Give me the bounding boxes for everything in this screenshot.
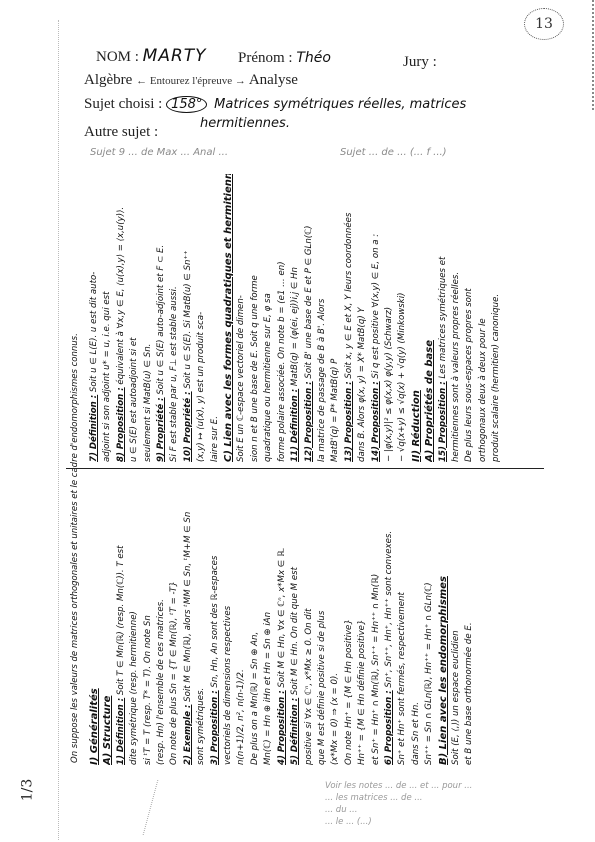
footer-note-line: ... les matrices ... de ... (325, 792, 595, 804)
text-line: 10) Propriété : Soit u ∈ S(E). Si MatB(u… (182, 174, 195, 462)
item-text: Sn⁺ et Hn⁺ sont fermés, respectivement (397, 592, 407, 765)
item-text: Soit B' une base de E et P ∈ GLn(ℂ) (304, 226, 314, 379)
footer-note-line: ... du ... (325, 804, 595, 816)
text-line: MatB'(q) = P* MatB(q) P (329, 174, 342, 462)
item-text: Soit x, y ∈ E et X, Y leurs coordonnées (344, 213, 354, 379)
item-text: A) Propriétés de base (424, 340, 435, 462)
text-line: la matrice de passage de B à B'. Alors (316, 174, 329, 462)
item-text: si ᵗT = T (resp. T* = T). On note Sn (143, 615, 153, 765)
item-label: 3) Proposition : (210, 690, 220, 765)
text-line: 12) Proposition : Soit B' une base de E … (303, 174, 316, 462)
text-line: (x,y) ↦ ⟨u(x), y⟩ est un produit sca- (195, 174, 208, 462)
text-line: produit scalaire (hermitien) canonique. (490, 174, 503, 462)
item-text: MatB'(q) = P* MatB(q) P (330, 359, 340, 462)
faint-subject-right: Sujet ... de ... (... f ...) (340, 147, 447, 158)
nom-field: NOM : MARTY (96, 46, 207, 66)
epreuve-instruction: ← Entourez l'épreuve → (136, 75, 246, 87)
text-line: 7) Définition : Soit u ∈ L(E). u est dit… (88, 174, 101, 462)
autre-sujet-label: Autre sujet : (84, 124, 158, 140)
footer-note-line: Voir les notes ... de ... et ... pour ..… (325, 780, 595, 792)
prenom-label: Prénom : (238, 50, 293, 66)
item-text: (resp. Hn) l'ensemble de ces matrices. (156, 599, 166, 765)
text-line: On note de plus Sn = {T ∈ Mn(ℝ), ᵗT = -T… (168, 477, 181, 765)
text-line: sont symétriques. (195, 477, 208, 765)
item-text: Sn⁺, Sn⁺⁺, Hn⁺, Hn⁺⁺ sont convexes. (384, 531, 394, 688)
item-text: Soit M ∈ Hn. On dit que M est (290, 567, 300, 695)
text-line: sion n et B une base de E. Soit q une fo… (249, 174, 262, 462)
item-text: MatB(q) = (φ(ei, ej))i,j ∈ Hn (290, 267, 300, 386)
item-text: Hn⁺⁺ = {M ∈ Hn définie positive} (357, 620, 367, 765)
text-line: hermitiennes sont à valeurs propres réel… (450, 174, 463, 462)
item-label: 1) Définition : (116, 698, 126, 765)
item-label: 15) Proposition : (438, 381, 448, 462)
text-line: vectoriels de dimensions respectives (222, 477, 235, 765)
text-line: 9) Propriété : Soit u ∈ S(E) auto-adjoin… (155, 174, 168, 462)
item-text: Soit M ∈ Hn, ∀x ∈ ℂⁿ, x*Mx ∈ ℝ. (277, 547, 287, 687)
item-text: u ∈ S(E) est autoadjoint si et (129, 338, 139, 462)
text-line: laire sur E. (209, 174, 222, 462)
item-text: Si F est stable par u, F⊥ est stable aus… (169, 286, 179, 462)
text-line: adjoint si son adjoint u* = u, i.e. qui … (101, 174, 114, 462)
text-line: forme polaire associée. On note b = (e1 … (276, 174, 289, 462)
jury-field: Jury : (403, 54, 437, 71)
item-text: équivalent à ∀x,y ∈ E, ⟨u(x),y⟩ = ⟨x,u(y… (116, 207, 126, 385)
text-line: 3) Proposition : Sn, Hn, An sont des ℝ-e… (209, 477, 222, 765)
item-text: Mn(ℂ) = Hn ⊕ iHn et Hn = Sn ⊕ iAn (263, 612, 273, 765)
item-label: 9) Propriété : (156, 397, 166, 462)
text-line: que M est définie positive si de plus (316, 477, 329, 765)
text-line: si ᵗT = T (resp. T* = T). On note Sn (142, 477, 155, 765)
text-line: 4) Proposition : Soit M ∈ Hn, ∀x ∈ ℂⁿ, x… (276, 477, 289, 765)
text-line: Soit E un ℂ-espace vectoriel de dimen- (235, 174, 248, 462)
rotated-answer-sheet: On suppose les valeurs de matrices ortho… (66, 166, 544, 769)
item-text: Soit (E, ⟨,⟩) un espace euclidien (451, 630, 461, 765)
item-label: 14) Proposition : (371, 381, 381, 462)
item-text: Soit u ∈ L(E). u est dit auto- (89, 272, 99, 392)
sujet-label: Sujet choisi : (84, 96, 162, 112)
item-label: 5) Définition : (290, 698, 300, 765)
section-heading: A) Structure (101, 477, 114, 765)
text-line: − |φ(x,y)|² ≤ φ(x,x) φ(y,y) (Schwarz) (383, 174, 396, 462)
folio-number: 1/3 (19, 779, 35, 802)
item-text: forme polaire associée. On note b = (e1 … (277, 261, 287, 462)
scan-margin-dots (58, 20, 61, 840)
margin-scribble (143, 780, 209, 835)
item-text: sont symétriques. (196, 688, 206, 765)
epreuve-analyse: Analyse (249, 72, 298, 88)
item-text: − |φ(x,y)|² ≤ φ(x,x) φ(y,y) (Schwarz) (384, 307, 394, 462)
item-text: Soit u ∈ S(E) auto-adjoint et F ⊂ E. (156, 245, 166, 395)
item-text: De plus on a Mn(ℝ) = Sn ⊕ An, (250, 632, 260, 765)
faint-footer-note: Voir les notes ... de ... et ... pour ..… (325, 780, 595, 828)
item-text: Soit E un ℂ-espace vectoriel de dimen- (236, 295, 246, 462)
right-half-content: 7) Définition : Soit u ∈ L(E). u est dit… (66, 170, 544, 466)
item-text: la matrice de passage de B à B'. Alors (317, 299, 327, 462)
item-text: vectoriels de dimensions respectives (223, 606, 233, 765)
item-text: Soit u ∈ S(E). Si MatB(u) ∈ Sn⁺⁺ (183, 250, 193, 388)
text-line: seulement si MatB(u) ∈ Sn. (142, 174, 155, 462)
item-text: produit scalaire (hermitien) canonique. (491, 294, 501, 462)
item-text: quadratique ou hermitienne sur E, φ sa (263, 293, 273, 462)
text-line: et Sn⁺ = Hn⁺ ∩ Mn(ℝ), Sn⁺⁺ = Hn⁺⁺ ∩ Mn(ℝ… (370, 477, 383, 765)
item-text: dans B. Alors φ(x, y) = X* MatB(q) Y (357, 307, 367, 462)
section-heading: C) Lien avec les formes quadratiques et … (222, 174, 235, 462)
item-label: 7) Définition : (89, 395, 99, 462)
item-label: 10) Propriété : (183, 391, 193, 462)
autre-sujet-line: Autre sujet : (84, 124, 158, 141)
section-heading: I) Généralités (88, 477, 101, 765)
text-line: Soit (E, ⟨,⟩) un espace euclidien (450, 477, 463, 765)
item-label: 12) Proposition : (304, 381, 314, 462)
text-line: Mn(ℂ) = Hn ⊕ iHn et Hn = Sn ⊕ iAn (262, 477, 275, 765)
text-line: (resp. Hn) l'ensemble de ces matrices. (155, 477, 168, 765)
item-text: hermitiennes sont à valeurs propres réel… (451, 272, 461, 462)
item-label: 6) Proposition : (384, 690, 394, 765)
left-lines: I) GénéralitésA) Structure1) Définition … (88, 477, 477, 765)
text-line: 1) Définition : Soit T ∈ Mn(ℝ) (resp. Mn… (115, 477, 128, 765)
text-line: quadratique ou hermitienne sur E, φ sa (262, 174, 275, 462)
text-line: Hn⁺⁺ = {M ∈ Hn définie positive} (356, 477, 369, 765)
text-line: 6) Proposition : Sn⁺, Sn⁺⁺, Hn⁺, Hn⁺⁺ so… (383, 477, 396, 765)
item-label: 4) Proposition : (277, 690, 287, 765)
text-line: De plus on a Mn(ℝ) = Sn ⊕ An, (249, 477, 262, 765)
item-text: et Sn⁺ = Hn⁺ ∩ Mn(ℝ), Sn⁺⁺ = Hn⁺⁺ ∩ Mn(ℝ… (371, 574, 381, 765)
text-line: − √q(x+y) ≤ √q(x) + √q(y) (Minkowski) (396, 174, 409, 462)
text-line: u ∈ S(E) est autoadjoint si et (128, 174, 141, 462)
item-text: que M est définie positive si de plus (317, 611, 327, 765)
item-text: − √q(x+y) ≤ √q(x) + √q(y) (Minkowski) (397, 292, 407, 462)
item-text: orthogonaux deux à deux pour le (478, 318, 488, 462)
text-line: n(n+1)/2, n², n(n-1)/2. (235, 477, 248, 765)
item-text: On note de plus Sn = {T ∈ Mn(ℝ), ᵗT = -T… (169, 581, 179, 765)
item-text: dite symétrique (resp. hermitienne) (129, 611, 139, 765)
item-label: 13) Proposition : (344, 381, 354, 462)
faint-subject-left: Sujet 9 ... de Max ... Anal ... (90, 147, 228, 158)
item-text: sion n et B une base de E. Soit q une fo… (250, 275, 260, 462)
text-line: De plus leurs sous-espaces propres sont (463, 174, 476, 462)
item-text: laire sur E. (210, 416, 220, 462)
text-line: dans B. Alors φ(x, y) = X* MatB(q) Y (356, 174, 369, 462)
item-text: n(n+1)/2, n², n(n-1)/2. (236, 669, 246, 765)
text-line: dite symétrique (resp. hermitienne) (128, 477, 141, 765)
item-text: Si q est positive ∀(x,y) ∈ E, on a : (371, 234, 381, 379)
text-line: Sn⁺ et Hn⁺ sont fermés, respectivement (396, 477, 409, 765)
item-text: On note Hn⁺ = {M ∈ Hn positive} (344, 619, 354, 765)
text-line: et B une base orthonormée de E. (463, 477, 476, 765)
item-label: 8) Proposition : (116, 387, 126, 462)
jury-label: Jury : (403, 54, 437, 70)
right-lines: 7) Définition : Soit u ∈ L(E). u est dit… (88, 174, 504, 462)
item-text: Sn⁺⁺ = Sn ∩ GLn(ℝ), Hn⁺⁺ = Hn⁺ ∩ GLn(ℂ) (424, 582, 434, 765)
section-heading: A) Propriétés de base (423, 174, 436, 462)
text-line: orthogonaux deux à deux pour le (477, 174, 490, 462)
text-line: 5) Définition : Soit M ∈ Hn. On dit que … (289, 477, 302, 765)
item-text: adjoint si son adjoint u* = u, i.e. qui … (102, 292, 112, 462)
sujet-title-line2: hermitiennes. (200, 116, 290, 131)
text-line: On note Hn⁺ = {M ∈ Hn positive} (343, 477, 356, 765)
item-text: Sn, Hn, An sont des ℝ-espaces (210, 556, 220, 688)
item-text: De plus leurs sous-espaces propres sont (464, 288, 474, 462)
item-text: et B une base orthonormée de E. (464, 622, 474, 765)
item-text: I) Généralités (89, 688, 100, 765)
page-number: 13 (535, 16, 553, 32)
item-text: C) Lien avec les formes quadratiques et … (223, 174, 234, 462)
text-line: Sn⁺⁺ = Sn ∩ GLn(ℝ), Hn⁺⁺ = Hn⁺ ∩ GLn(ℂ) (423, 477, 436, 765)
item-text: positive si ∀x ∈ ℂⁿ, x*Mx ≥ 0. On dit (304, 609, 314, 765)
page-number-stamp: 13 (524, 8, 564, 40)
item-text: II) Réduction (411, 390, 422, 462)
item-label: 2) Exemple : (183, 705, 193, 765)
column-divider (66, 468, 544, 469)
prenom-value: Théo (296, 50, 331, 66)
text-line: positive si ∀x ∈ ℂⁿ, x*Mx ≥ 0. On dit (303, 477, 316, 765)
sujet-number: 158° (166, 96, 207, 113)
footer-note-line: ... le ... (...) (325, 816, 595, 828)
text-line: 8) Proposition : équivalent à ∀x,y ∈ E, … (115, 174, 128, 462)
prenom-field: Prénom : Théo (238, 50, 331, 67)
item-text: seulement si MatB(u) ∈ Sn. (143, 344, 153, 462)
sujet-choisi-line: Sujet choisi : 158° Matrices symétriques… (84, 96, 466, 113)
left-half-content: I) GénéralitésA) Structure1) Définition … (66, 473, 544, 769)
text-line: 15) Proposition : Les matrices symétriqu… (437, 174, 450, 462)
item-text: Soit T ∈ Mn(ℝ) (resp. Mn(ℂ)). T est (116, 545, 126, 695)
text-line: 2) Exemple : Soit M ∈ Mn(ℝ), alors ᵗMM ∈… (182, 477, 195, 765)
text-line: (x*Mx = 0) ⇒ (x = 0). (329, 477, 342, 765)
epreuve-algebre: Algèbre (84, 72, 132, 88)
text-line: 14) Proposition : Si q est positive ∀(x,… (370, 174, 383, 462)
text-line: Si F est stable par u, F⊥ est stable aus… (168, 174, 181, 462)
item-text: dans Sn et Hn. (411, 702, 421, 765)
item-label: 11) Définition : (290, 389, 300, 462)
item-text: (x,y) ↦ ⟨u(x), y⟩ est un produit sca- (196, 312, 206, 462)
section-heading: B) Lien avec les endomorphismes (437, 477, 450, 765)
item-text: A) Structure (102, 696, 113, 765)
sujet-title-line1: Matrices symétriques réelles, matrices (214, 97, 466, 112)
text-line: dans Sn et Hn. (410, 477, 423, 765)
section-heading: II) Réduction (410, 174, 423, 462)
text-line: 13) Proposition : Soit x, y ∈ E et X, Y … (343, 174, 356, 462)
item-text: (x*Mx = 0) ⇒ (x = 0). (330, 673, 340, 765)
epreuve-line: Algèbre ← Entourez l'épreuve → Analyse (84, 72, 298, 89)
text-line: 11) Définition : MatB(q) = (φ(ei, ej))i,… (289, 174, 302, 462)
item-text: B) Lien avec les endomorphismes (438, 576, 449, 765)
nom-label: NOM : (96, 49, 139, 65)
item-text: Les matrices symétriques et (438, 257, 448, 379)
item-text: Soit M ∈ Mn(ℝ), alors ᵗMM ∈ Sn, ᵗM+M ∈ S… (183, 512, 193, 702)
nom-value: MARTY (143, 46, 207, 66)
